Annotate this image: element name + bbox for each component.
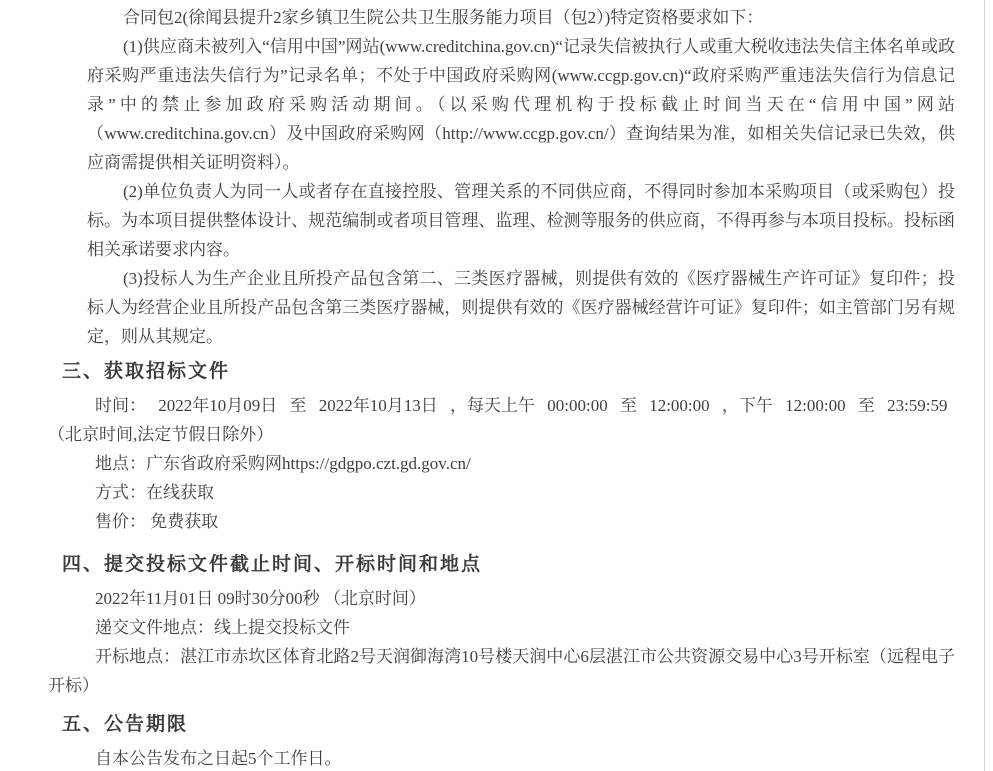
qualification-requirement-3: (3)投标人为生产企业且所投产品包含第二、三类医疗器械，则提供有效的《医疗器械生… [87,264,955,351]
obtain-time-line-2: （北京时间,法定节假日除外） [48,425,273,444]
qualification-requirement-2: (2)单位负责人为同一人或者存在直接控股、管理关系的不同供应商，不得同时参加本采… [87,177,955,264]
page-edge-line [984,0,985,771]
submission-location-paragraph: 递交文件地点：线上提交投标文件 [48,613,955,642]
announcement-period-paragraph: 自本公告发布之日起5个工作日。 [48,744,955,771]
obtain-price-paragraph: 售价： 免费获取 [48,507,955,536]
submission-deadline-paragraph: 2022年11月01日 09时30分00秒 （北京时间） [48,584,955,613]
contract-package-intro: 合同包2(徐闻县提升2家乡镇卫生院公共卫生服务能力项目（包2）)特定资格要求如下… [87,3,955,32]
obtain-time-paragraph: 时间： 2022年10月09日 至 2022年10月13日 ，每天上午 00:0… [48,391,955,449]
obtain-method-paragraph: 方式：在线获取 [48,478,955,507]
section-heading-obtain-bid-documents: 三、获取招标文件 [62,357,955,387]
announcement-document: 合同包2(徐闻县提升2家乡镇卫生院公共卫生服务能力项目（包2）)特定资格要求如下… [0,0,993,771]
bid-opening-location-paragraph: 开标地点：湛江市赤坎区体育北路2号天润御海湾10号楼天润中心6层湛江市公共资源交… [48,642,955,700]
section-heading-announcement-period: 五、公告期限 [62,710,955,740]
qualification-requirement-1: (1)供应商未被列入“信用中国”网站(www.creditchina.gov.c… [87,32,955,177]
section-heading-submission-deadline: 四、提交投标文件截止时间、开标时间和地点 [62,550,955,580]
obtain-location-paragraph: 地点：广东省政府采购网https://gdgpo.czt.gd.gov.cn/ [48,449,955,478]
obtain-time-line-1: 时间： 2022年10月09日 至 2022年10月13日 ，每天上午 00:0… [95,396,948,415]
